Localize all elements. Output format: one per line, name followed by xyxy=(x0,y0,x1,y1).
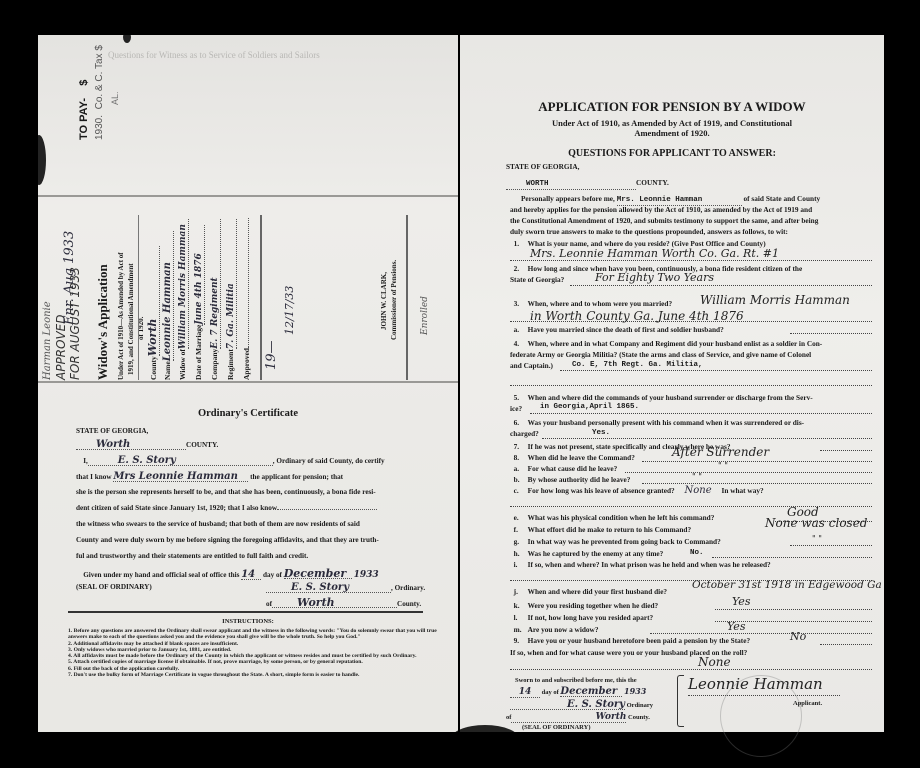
answer-line xyxy=(642,461,872,462)
answer-line xyxy=(510,669,872,670)
cover-subtitle-1: Under Act of 1910—As Amended by Act of xyxy=(117,252,125,380)
answer-line xyxy=(820,644,872,645)
answer-line xyxy=(510,260,872,261)
commissioner-title: Commissioner of Pensions. xyxy=(390,260,398,340)
answer-line xyxy=(530,413,872,414)
torn-edge xyxy=(32,135,46,185)
page-title: APPLICATION FOR PENSION BY A WIDOW xyxy=(460,99,884,115)
answer-line xyxy=(570,285,872,286)
enrolled-note: Enrolled xyxy=(420,296,430,335)
intro-line-4: duly sworn true answers to make to the q… xyxy=(510,227,872,236)
field-company: CompanyE. 7 Regiment xyxy=(210,219,221,380)
cover-number: 19— xyxy=(264,340,279,370)
answer-8j[interactable]: October 31st 1918 in Edgewood Ga xyxy=(692,579,882,591)
certificate-seal: (SEAL OF ORDINARY) E. S. Story, Ordinary… xyxy=(76,583,436,592)
certificate-given: Given under my hand and official seal of… xyxy=(76,569,436,580)
answer-6[interactable]: Yes. xyxy=(592,429,610,437)
seal-impression xyxy=(720,675,802,757)
torn-edge xyxy=(450,725,520,755)
question-6-cont: charged? xyxy=(510,429,872,438)
answer-8[interactable]: After Surrender xyxy=(672,445,769,459)
answer-9[interactable]: No xyxy=(790,630,806,643)
field-widow-of: Widow ofWilliam Morris Hamman xyxy=(178,219,189,380)
answer-3-cont[interactable]: in Worth County Ga. June 4th 1876 xyxy=(530,309,744,323)
question-4: 4.When, where and in what Company and Re… xyxy=(510,339,872,348)
answer-line xyxy=(642,483,872,484)
state-label: STATE OF GEORGIA, xyxy=(506,162,868,171)
intro-line-2: and hereby applies for the pension allow… xyxy=(510,205,872,214)
answer-line xyxy=(715,609,872,610)
tax-suffix: AL. xyxy=(110,91,120,105)
instructions-list: 1. Before any questions are answered the… xyxy=(68,628,438,678)
answer-line xyxy=(625,472,872,473)
question-8i: i.If so, when and where? In what prison … xyxy=(510,560,872,569)
left-page: Questions for Witness as to Service of S… xyxy=(38,35,458,732)
certificate-line-2: that I know Mrs Leonnie Hamman the appli… xyxy=(76,472,436,482)
answer-8f[interactable]: None was closed xyxy=(765,516,868,530)
certificate-line-3: she is the person she represents herself… xyxy=(76,488,436,497)
answer-8h[interactable]: No. xyxy=(690,549,704,557)
field-name: NameLeonnie Hamman xyxy=(162,231,174,380)
answer-8m[interactable]: Yes xyxy=(727,620,745,633)
field-regiment: Regiment7. Ga. Militia xyxy=(226,219,237,380)
answer-line xyxy=(650,633,872,634)
right-page: APPLICATION FOR PENSION BY A WIDOW Under… xyxy=(460,35,884,732)
question-5: 5.When and where did the commands of you… xyxy=(510,393,872,402)
county-line: WORTHCOUNTY. xyxy=(506,178,868,190)
certificate-line-1: I,E. S. Story, Ordinary of said County, … xyxy=(76,456,436,466)
commissioner-name: JOHN W. CLARK, xyxy=(380,272,388,330)
tax-label: 1930. Co. & C. Tax $ xyxy=(94,45,105,140)
answer-line xyxy=(712,557,872,558)
certificate-county: WorthCOUNTY. xyxy=(76,440,436,450)
question-4-cont: federate Army or Georgia Militia? (State… xyxy=(510,350,872,359)
cover-subtitle-2: 1919, and Constitutional Amendment xyxy=(127,263,135,375)
answer-line xyxy=(560,370,872,371)
question-9: 9.Have you or your husband heretofore be… xyxy=(510,636,872,645)
applicant-label: Applicant. xyxy=(793,699,853,708)
certificate-line-5: the witness who swears to the service of… xyxy=(76,520,436,529)
cover-title: Widow's Application xyxy=(95,264,111,380)
certificate-state: STATE OF GEORGIA, xyxy=(76,427,436,436)
page-subtitle-2: Amendment of 1920. xyxy=(460,128,884,138)
field-date-of-marriage: Date of MarriageJune 4th 1876 xyxy=(194,225,205,380)
question-9-cont: If so, when and for what cause were you … xyxy=(510,648,872,657)
certificate-line-4: dent citizen of said State since January… xyxy=(76,504,436,513)
answer-line xyxy=(510,385,872,386)
divider xyxy=(68,611,423,613)
answer-8k[interactable]: Yes xyxy=(732,595,750,608)
question-8c: c.For how long was his leave of absence … xyxy=(510,486,872,495)
answer-line xyxy=(542,438,872,439)
answer-2[interactable]: For Eighty Two Years xyxy=(595,271,714,284)
to-pay-label: TO PAY- $ xyxy=(78,80,90,140)
divider xyxy=(406,215,408,380)
answer-5[interactable]: in Georgia,April 1865. xyxy=(540,403,639,411)
instructions-title: INSTRUCTIONS: xyxy=(38,618,458,625)
instruction-item: 1. Before any questions are answered the… xyxy=(68,628,438,641)
certificate-line-6: County and were duly sworn by me before … xyxy=(76,536,436,545)
answer-8b[interactable]: " " xyxy=(692,472,702,481)
brace xyxy=(677,675,684,727)
question-6: 6.Was your husband personally present wi… xyxy=(510,418,872,427)
answer-8a[interactable]: " " xyxy=(718,461,728,470)
divider xyxy=(138,215,139,380)
field-approved: Approved xyxy=(242,218,251,380)
answer-9-cont[interactable]: None xyxy=(698,655,731,669)
stamp-handwritten: Harman Leonie xyxy=(42,301,53,380)
certificate-title: Ordinary's Certificate xyxy=(38,408,458,419)
answer-line xyxy=(820,450,872,451)
section-title: QUESTIONS FOR APPLICANT TO ANSWER: xyxy=(460,148,884,159)
torn-edge xyxy=(123,31,131,43)
answer-line xyxy=(790,333,872,334)
fold-line xyxy=(38,195,458,197)
answer-3[interactable]: William Morris Hamman xyxy=(700,293,850,307)
field-county: CountyWorth xyxy=(146,246,160,380)
answer-line xyxy=(790,545,872,546)
page-subtitle-1: Under Act of 1910, as Amended by Act of … xyxy=(460,118,884,128)
answer-1[interactable]: Mrs. Leonnie Hamman Worth Co. Ga. Rt. #1 xyxy=(530,247,779,260)
answer-4[interactable]: Co. E, 7th Regt. Ga. Militia, xyxy=(572,361,703,369)
intro-line-3: the Constitutional Amendment of 1920, an… xyxy=(510,216,872,225)
cover-date-note: 12/17/33 xyxy=(283,286,296,335)
approved-stamp-month: FOR AUGUST 1933 xyxy=(68,267,82,380)
sworn-line-4: ofWorth County. xyxy=(506,713,868,723)
fold-line xyxy=(38,381,458,383)
sworn-seal: (SEAL OF ORDINARY) xyxy=(522,723,884,732)
certificate-line-7: ful and trustworthy and their statements… xyxy=(76,552,436,561)
answer-8g[interactable]: " " xyxy=(812,534,822,543)
divider xyxy=(260,215,262,380)
ghost-text: Questions for Witness as to Service of S… xyxy=(108,50,320,60)
instruction-item: 7. Don't use the bulky form of Marriage … xyxy=(68,672,438,678)
